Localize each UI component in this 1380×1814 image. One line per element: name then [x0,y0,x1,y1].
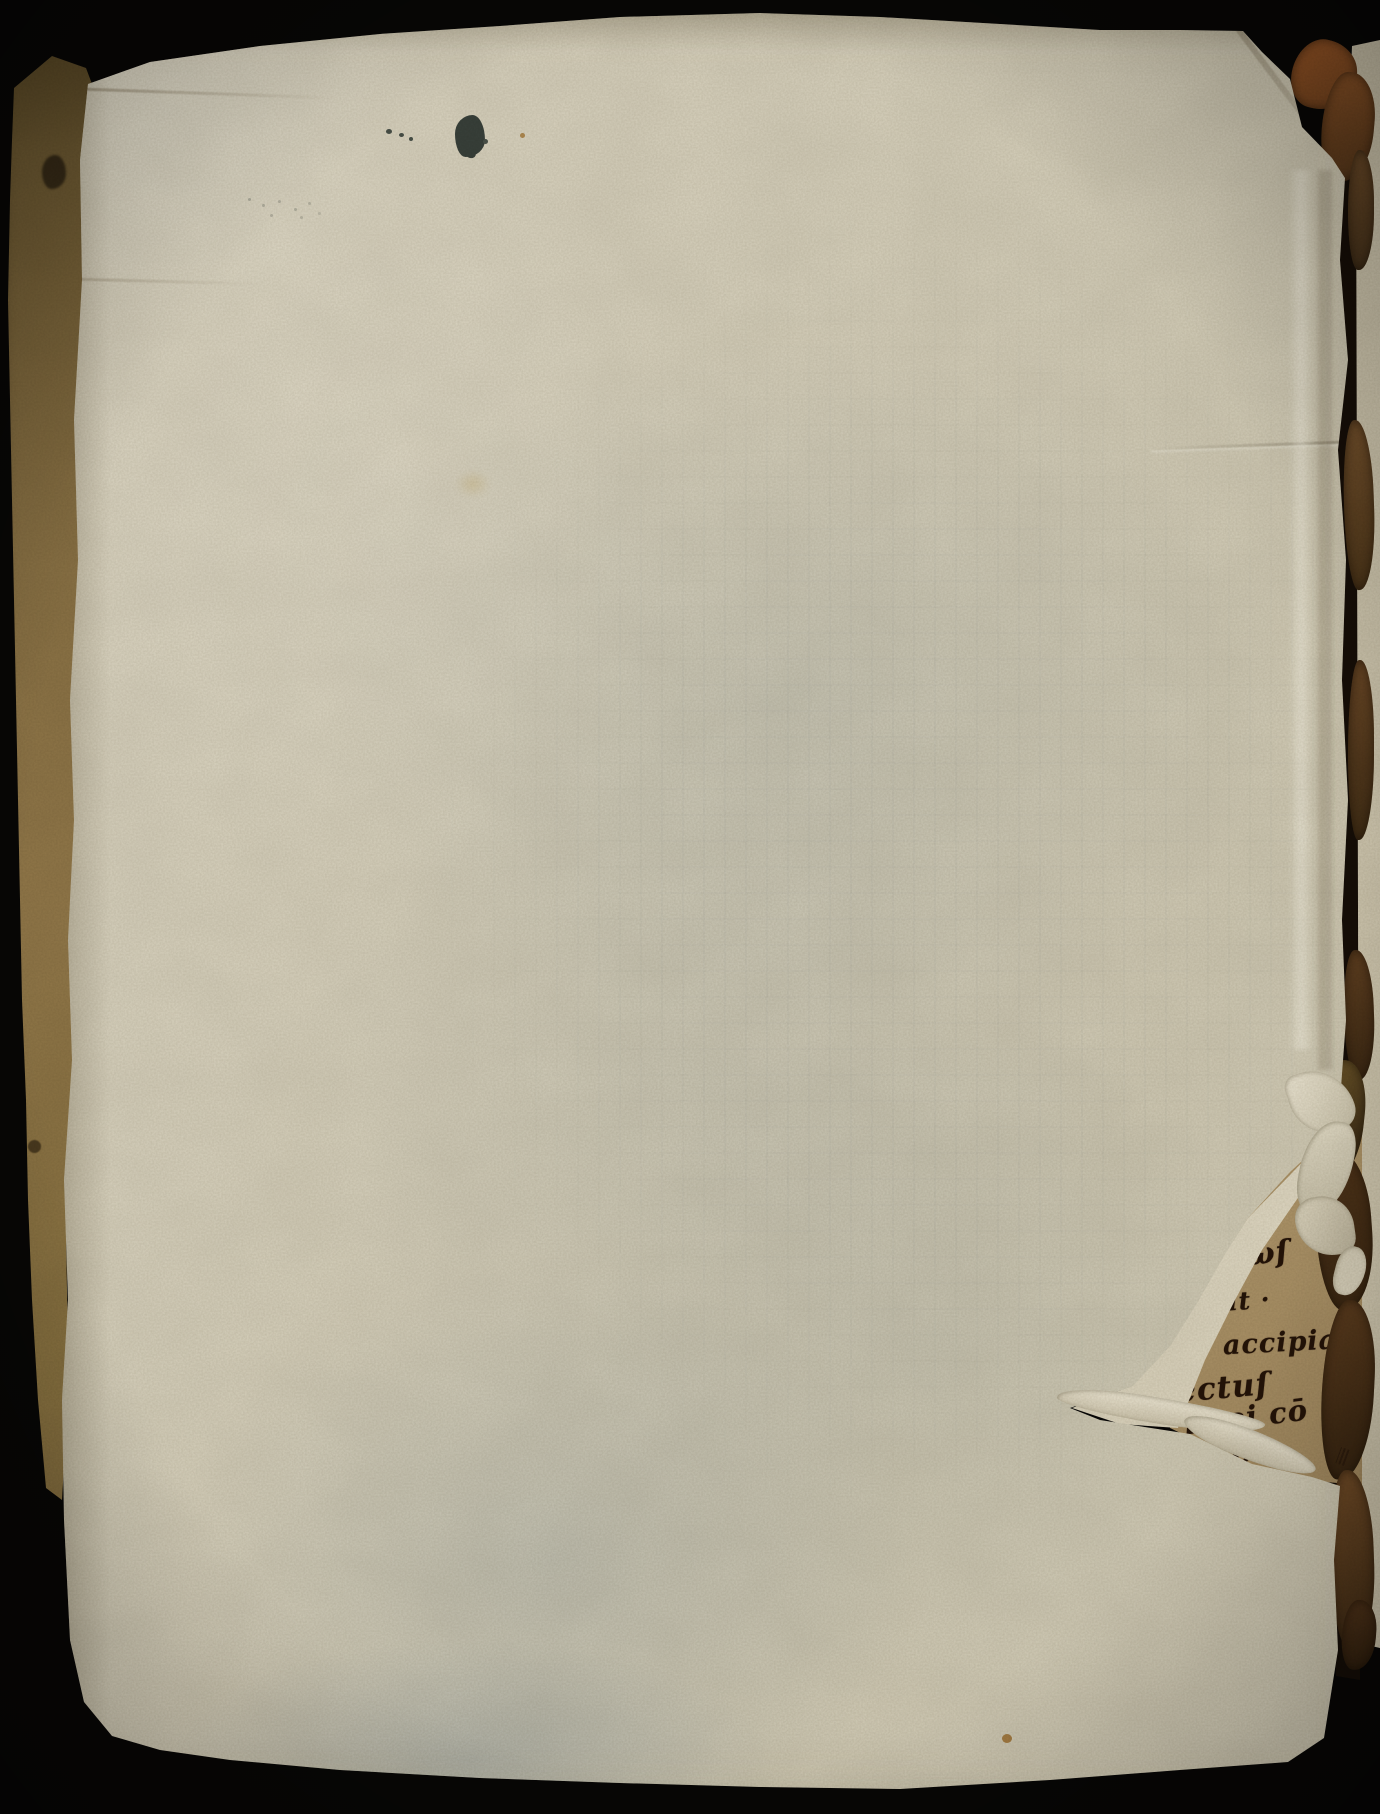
brown-speck [1002,1734,1012,1743]
page-curl-highlight [1288,170,1314,1050]
top-edge-shadow [80,10,1350,52]
crease-line [84,88,334,100]
cover-small-stain [28,1140,41,1153]
ink-speck [483,139,488,144]
brown-speck [520,133,525,138]
ink-speck [386,129,392,134]
yellow-stain [455,470,491,498]
speckle-cluster [248,198,251,201]
ink-speck [409,137,413,141]
page-curl-shadow [1318,170,1332,1070]
ink-speck [399,133,404,137]
manuscript-photo: ωſ it · – accipia ectuſ le ei cō ape. [0,0,1380,1814]
cover-dark-stain [42,155,66,189]
blank-flyleaf-page [0,0,1380,1814]
